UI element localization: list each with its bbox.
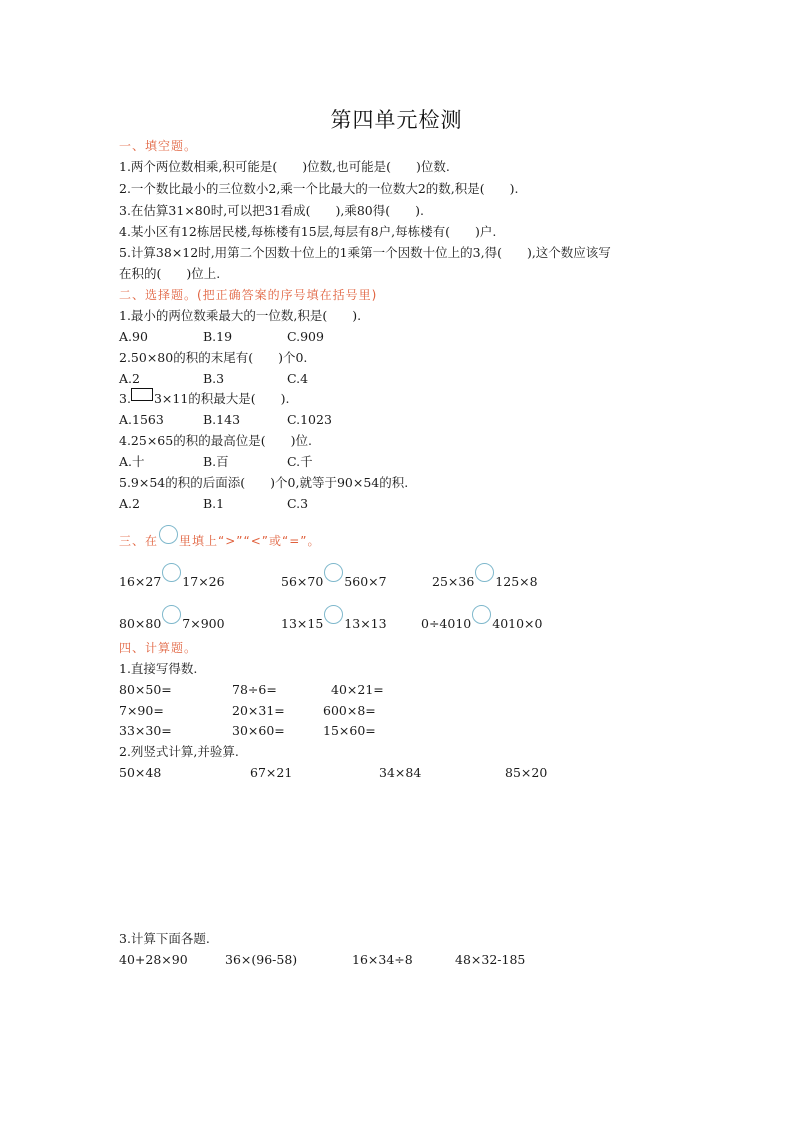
oral-calc-item: 600×8= [323,702,376,720]
choice-option-a: A.2 [119,370,140,388]
fill-blank-item-continued: 在积的( )位上. [119,265,220,283]
page-title: 第四单元检测 [0,104,793,134]
compare-circle[interactable] [162,605,181,624]
choice-option-c: C.1023 [287,411,332,429]
oral-calc-item: 20×31= [232,702,285,720]
choice-option-c: C.3 [287,495,308,513]
oral-calc-item: 40×21= [331,681,384,699]
section-heading-multiple-choice: 二、选择题。(把正确答案的序号填在括号里) [119,286,377,304]
compare-right: 4010×0 [492,616,542,631]
mixed-calc-item: 36×(96-58) [225,951,297,969]
mixed-calc-item: 16×34÷8 [352,951,413,969]
choice-option-a: A.2 [119,495,140,513]
section-heading-fill-blank: 一、填空题。 [119,137,197,155]
worksheet-page: 第四单元检测 一、填空题。 1.两个两位数相乘,积可能是( )位数,也可能是( … [0,0,793,1122]
choice-option-b: B.3 [203,370,224,388]
compare-right: 125×8 [495,574,537,589]
blank-box [131,388,153,401]
fill-blank-item: 1.两个两位数相乘,积可能是( )位数,也可能是( )位数. [119,158,450,176]
oral-calc-item: 80×50= [119,681,172,699]
compare-circle[interactable] [475,563,494,582]
oral-calc-item: 30×60= [232,722,285,740]
fill-blank-item: 2.一个数比最小的三位数小2,乘一个比最大的一位数大2的数,积是( ). [119,180,519,198]
choice-option-a: A.90 [119,328,148,346]
compare-left: 13×15 [281,616,323,631]
mixed-calc-item: 48×32-185 [455,951,525,969]
choice-option-b: B.1 [203,495,224,513]
question-number: 3. [119,391,131,406]
oral-calc-item: 15×60= [323,722,376,740]
compare-item: 0÷40104010×0 [421,611,543,633]
compare-item: 80×807×900 [119,611,225,633]
compare-circle[interactable] [324,563,343,582]
compare-left: 25×36 [432,574,474,589]
compare-left: 56×70 [281,574,323,589]
question-text: 3×11的积最大是( ). [154,391,290,406]
choice-option-b: B.19 [203,328,232,346]
heading-suffix: 里填上“>”“<”或“=”。 [179,534,320,548]
choice-option-a: A.1563 [119,411,164,429]
oral-calc-item: 78÷6= [232,681,277,699]
fill-blank-item: 4.某小区有12栋居民楼,每栋楼有15层,每层有8户,每栋楼有( )户. [119,223,496,241]
vertical-calc-item: 50×48 [119,764,161,782]
section-heading-compare: 三、在里填上“>”“<”或“=”。 [119,528,320,550]
heading-prefix: 三、在 [119,534,158,548]
mixed-calc-item: 40+28×90 [119,951,188,969]
compare-left: 80×80 [119,616,161,631]
choice-option-b: B.百 [203,453,229,471]
oral-calc-item: 7×90= [119,702,164,720]
calc-part-label: 2.列竖式计算,并验算. [119,743,239,761]
circle-blank-icon [159,525,178,544]
compare-circle[interactable] [162,563,181,582]
calc-part-label: 3.计算下面各题. [119,930,210,948]
fill-blank-item: 5.计算38×12时,用第二个因数十位上的1乘第一个因数十位上的3,得( ),这… [119,244,611,262]
choice-option-c: C.4 [287,370,308,388]
vertical-calc-item: 67×21 [250,764,292,782]
compare-item: 25×36125×8 [432,569,538,591]
compare-right: 560×7 [344,574,386,589]
compare-circle[interactable] [324,605,343,624]
choice-option-b: B.143 [203,411,240,429]
compare-right: 7×900 [182,616,224,631]
vertical-calc-item: 34×84 [379,764,421,782]
calc-part-label: 1.直接写得数. [119,660,197,678]
choice-option-c: C.千 [287,453,313,471]
choice-question: 1.最小的两位数乘最大的一位数,积是( ). [119,307,361,325]
choice-option-c: C.909 [287,328,324,346]
choice-question: 3.3×11的积最大是( ). [119,390,290,408]
fill-blank-item: 3.在估算31×80时,可以把31看成( ),乘80得( ). [119,202,424,220]
compare-item: 13×1513×13 [281,611,387,633]
choice-question: 5.9×54的积的后面添( )个0,就等于90×54的积. [119,474,408,492]
choice-option-a: A.十 [119,453,145,471]
vertical-calc-item: 85×20 [505,764,547,782]
compare-item: 56×70560×7 [281,569,387,591]
compare-left: 16×27 [119,574,161,589]
compare-circle[interactable] [472,605,491,624]
oral-calc-item: 33×30= [119,722,172,740]
section-heading-calculation: 四、计算题。 [119,639,197,657]
compare-item: 16×2717×26 [119,569,225,591]
choice-question: 2.50×80的积的末尾有( )个0. [119,349,307,367]
choice-question: 4.25×65的积的最高位是( )位. [119,432,312,450]
compare-left: 0÷4010 [421,616,471,631]
compare-right: 17×26 [182,574,224,589]
compare-right: 13×13 [344,616,386,631]
